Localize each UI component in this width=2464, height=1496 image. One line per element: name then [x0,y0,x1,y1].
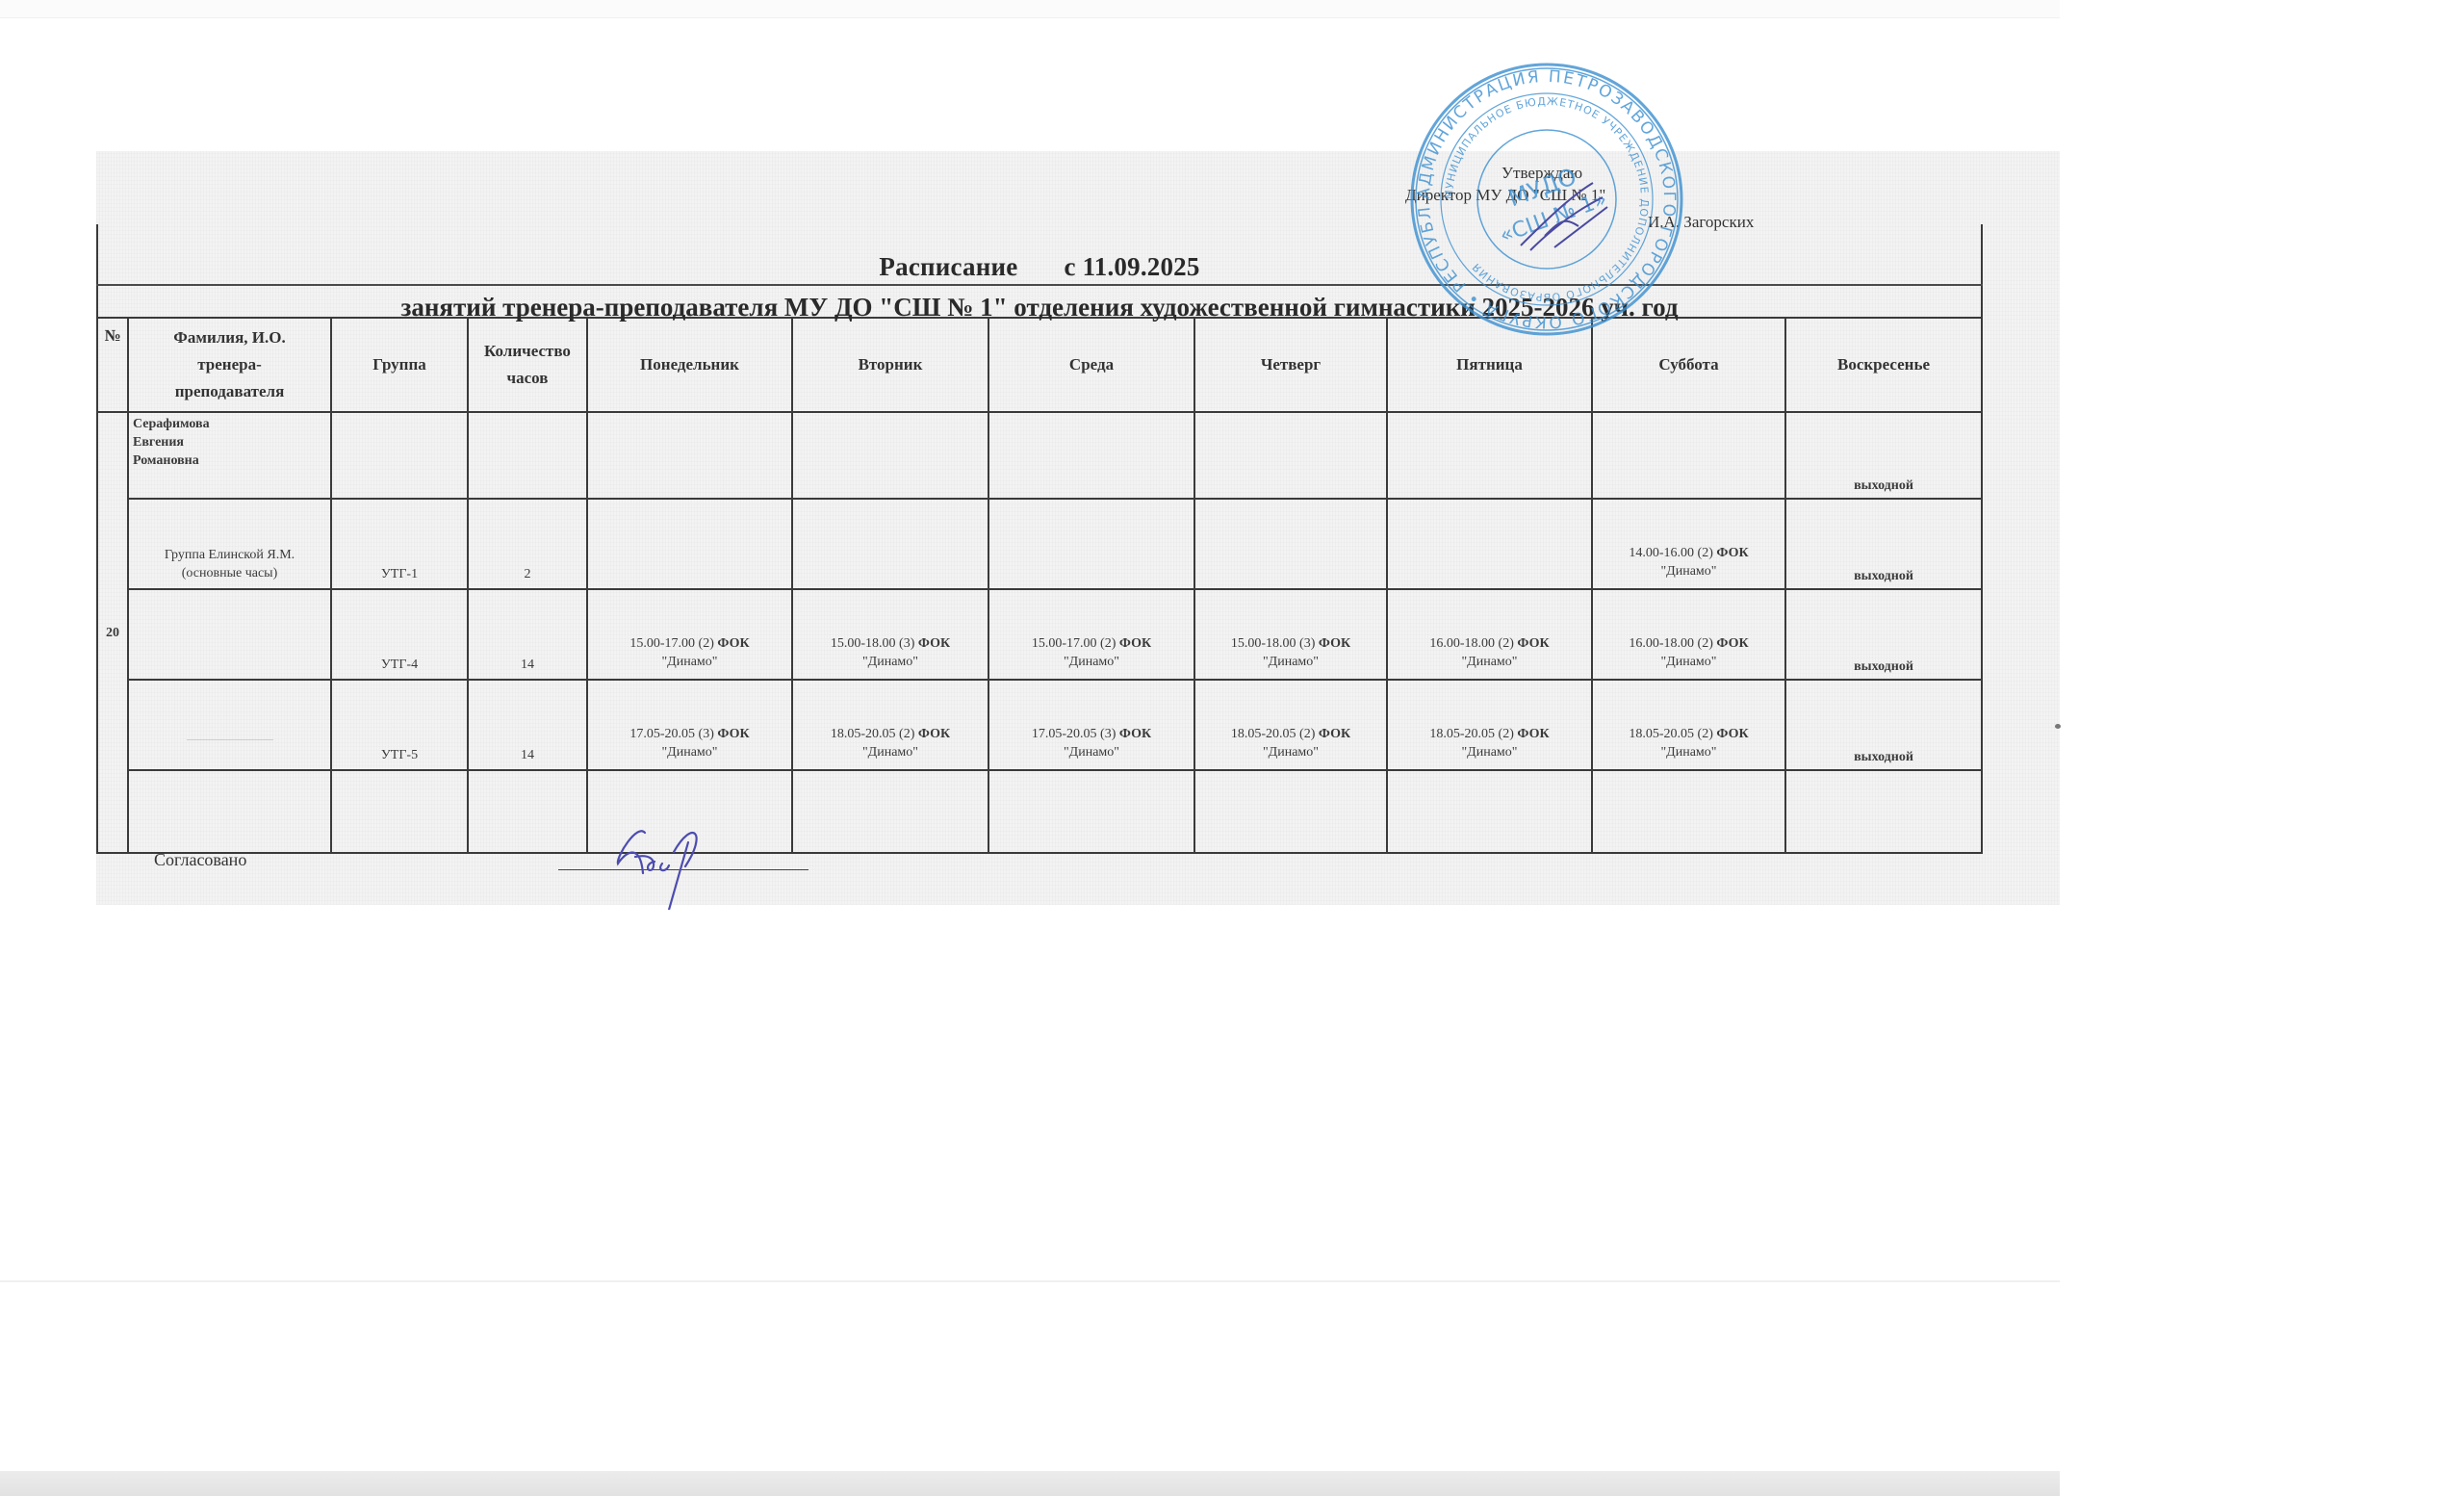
header-sunday: Воскресенье [1785,318,1982,412]
sunday-dayoff: выходной [1785,589,1982,680]
empty-row [97,770,1982,853]
header-friday: Пятница [1387,318,1592,412]
director-title: Директор МУ ДО "СШ № 1" [1405,186,1605,205]
header-saturday: Суббота [1592,318,1785,412]
scan-speck [2055,724,2061,729]
session-time: 17.05-20.05 (3) [629,727,717,741]
session-venue: "Динамо" [1388,653,1591,671]
coach-row: 20 Серафимова Евгения Романовна выходной [97,412,1982,499]
session-time: 15.00-18.00 (3) [831,636,918,651]
session-place: ФОК [918,636,950,651]
session-venue: "Динамо" [588,743,791,761]
session-time: 15.00-17.00 (2) [629,636,717,651]
header-wednesday: Среда [988,318,1194,412]
sunday-dayoff: выходной [1785,680,1982,770]
friday-session: 18.05-20.05 (2) ФОК"Динамо" [1387,680,1592,770]
cell-empty [1194,412,1387,499]
session-time: 15.00-17.00 (2) [1032,636,1119,651]
session-place: ФОК [1517,636,1549,651]
hours-count: 14 [468,680,587,770]
cell-empty [468,412,587,499]
session-time: 16.00-18.00 (2) [1429,636,1517,651]
header-number: № [97,318,128,412]
session-venue: "Динамо" [989,743,1193,761]
group-note [128,680,331,770]
session-venue: "Динамо" [989,653,1193,671]
tuesday-session: 15.00-18.00 (3) ФОК"Динамо" [792,589,988,680]
row-number: 20 [97,412,128,853]
cell-empty [1194,499,1387,589]
hours-count: 14 [468,589,587,680]
session-venue: "Динамо" [793,653,988,671]
page-top-edge [0,0,2060,18]
group-row: УТГ-51417.05-20.05 (3) ФОК"Динамо"18.05-… [97,680,1982,770]
session-time: 18.05-20.05 (2) [1231,727,1319,741]
group-code: УТГ-5 [331,680,468,770]
session-venue: "Динамо" [1593,743,1784,761]
director-name: И.А. Загорских [1648,213,1754,232]
session-time: 17.05-20.05 (3) [1032,727,1119,741]
signature-line [558,869,808,870]
cell-empty [587,499,792,589]
document-title: Расписаниес 11.09.2025 [879,252,1199,284]
session-place: ФОК [1119,727,1151,741]
schedule-table: Расписаниес 11.09.2025 занятий тренера-п… [96,224,1983,854]
session-place: ФОК [1716,546,1748,560]
saturday-session: 18.05-20.05 (2) ФОК"Динамо" [1592,680,1785,770]
session-venue: "Динамо" [588,653,791,671]
session-place: ФОК [1319,636,1350,651]
session-time: 18.05-20.05 (2) [1629,727,1716,741]
title-row: Расписаниес 11.09.2025 [97,224,1982,285]
cell-empty [792,412,988,499]
monday-session: 15.00-17.00 (2) ФОК"Динамо" [587,589,792,680]
header-thursday: Четверг [1194,318,1387,412]
title-date: с 11.09.2025 [1064,252,1199,281]
session-place: ФОК [918,727,950,741]
agreed-label: Согласовано [154,850,246,870]
page-bottom-edge [0,1471,2060,1496]
approve-label: Утверждаю [1501,164,1582,183]
session-place: ФОК [1716,636,1748,651]
sunday-dayoff: выходной [1785,499,1982,589]
monday-session: 17.05-20.05 (3) ФОК"Динамо" [587,680,792,770]
session-venue: "Динамо" [1593,653,1784,671]
session-venue: "Динамо" [1195,743,1386,761]
thursday-session: 15.00-18.00 (3) ФОК"Динамо" [1194,589,1387,680]
cell-empty [988,499,1194,589]
thursday-session: 18.05-20.05 (2) ФОК"Динамо" [1194,680,1387,770]
session-venue: "Динамо" [1195,653,1386,671]
coach-name: Серафимова Евгения Романовна [128,412,331,499]
session-time: 16.00-18.00 (2) [1629,636,1716,651]
cell-empty [587,412,792,499]
session-venue: "Динамо" [793,743,988,761]
saturday-session: 14.00-16.00 (2) ФОК"Динамо" [1592,499,1785,589]
group-note [128,589,331,680]
friday-session: 16.00-18.00 (2) ФОК"Динамо" [1387,589,1592,680]
wednesday-session: 17.05-20.05 (3) ФОК"Динамо" [988,680,1194,770]
header-hours: Количество часов [468,318,587,412]
session-place: ФОК [1119,636,1151,651]
title-label: Расписание [879,252,1017,281]
group-row: Группа Елинской Я.М.(основные часы)УТГ-1… [97,499,1982,589]
header-group: Группа [331,318,468,412]
group-code: УТГ-1 [331,499,468,589]
header-coach-name: Фамилия, И.О. тренера- преподавателя [128,318,331,412]
group-code: УТГ-4 [331,589,468,680]
group-row: УТГ-41415.00-17.00 (2) ФОК"Динамо"15.00-… [97,589,1982,680]
session-place: ФОК [717,636,749,651]
subtitle-row: занятий тренера-преподавателя МУ ДО "СШ … [97,285,1982,318]
cell-empty [1387,412,1592,499]
wednesday-session: 15.00-17.00 (2) ФОК"Динамо" [988,589,1194,680]
session-time: 14.00-16.00 (2) [1629,546,1716,560]
cell-empty [331,412,468,499]
cell-empty [1592,412,1785,499]
session-place: ФОК [1319,727,1350,741]
session-venue: "Динамо" [1388,743,1591,761]
header-row: № Фамилия, И.О. тренера- преподавателя Г… [97,318,1982,412]
session-place: ФОК [1517,727,1549,741]
group-note: Группа Елинской Я.М.(основные часы) [128,499,331,589]
session-time: 18.05-20.05 (2) [1429,727,1517,741]
document-subtitle: занятий тренера-преподавателя МУ ДО "СШ … [401,293,1679,322]
faint-mark [187,739,273,740]
session-place: ФОК [717,727,749,741]
hours-count: 2 [468,499,587,589]
session-venue: "Динамо" [1593,562,1784,580]
session-time: 18.05-20.05 (2) [831,727,918,741]
saturday-session: 16.00-18.00 (2) ФОК"Динамо" [1592,589,1785,680]
page-divider [0,1280,2060,1282]
header-monday: Понедельник [587,318,792,412]
header-tuesday: Вторник [792,318,988,412]
tuesday-session: 18.05-20.05 (2) ФОК"Динамо" [792,680,988,770]
cell-empty [792,499,988,589]
cell-empty [988,412,1194,499]
session-time: 15.00-18.00 (3) [1231,636,1319,651]
cell-empty [1387,499,1592,589]
session-place: ФОК [1716,727,1748,741]
sunday-dayoff: выходной [1785,412,1982,499]
